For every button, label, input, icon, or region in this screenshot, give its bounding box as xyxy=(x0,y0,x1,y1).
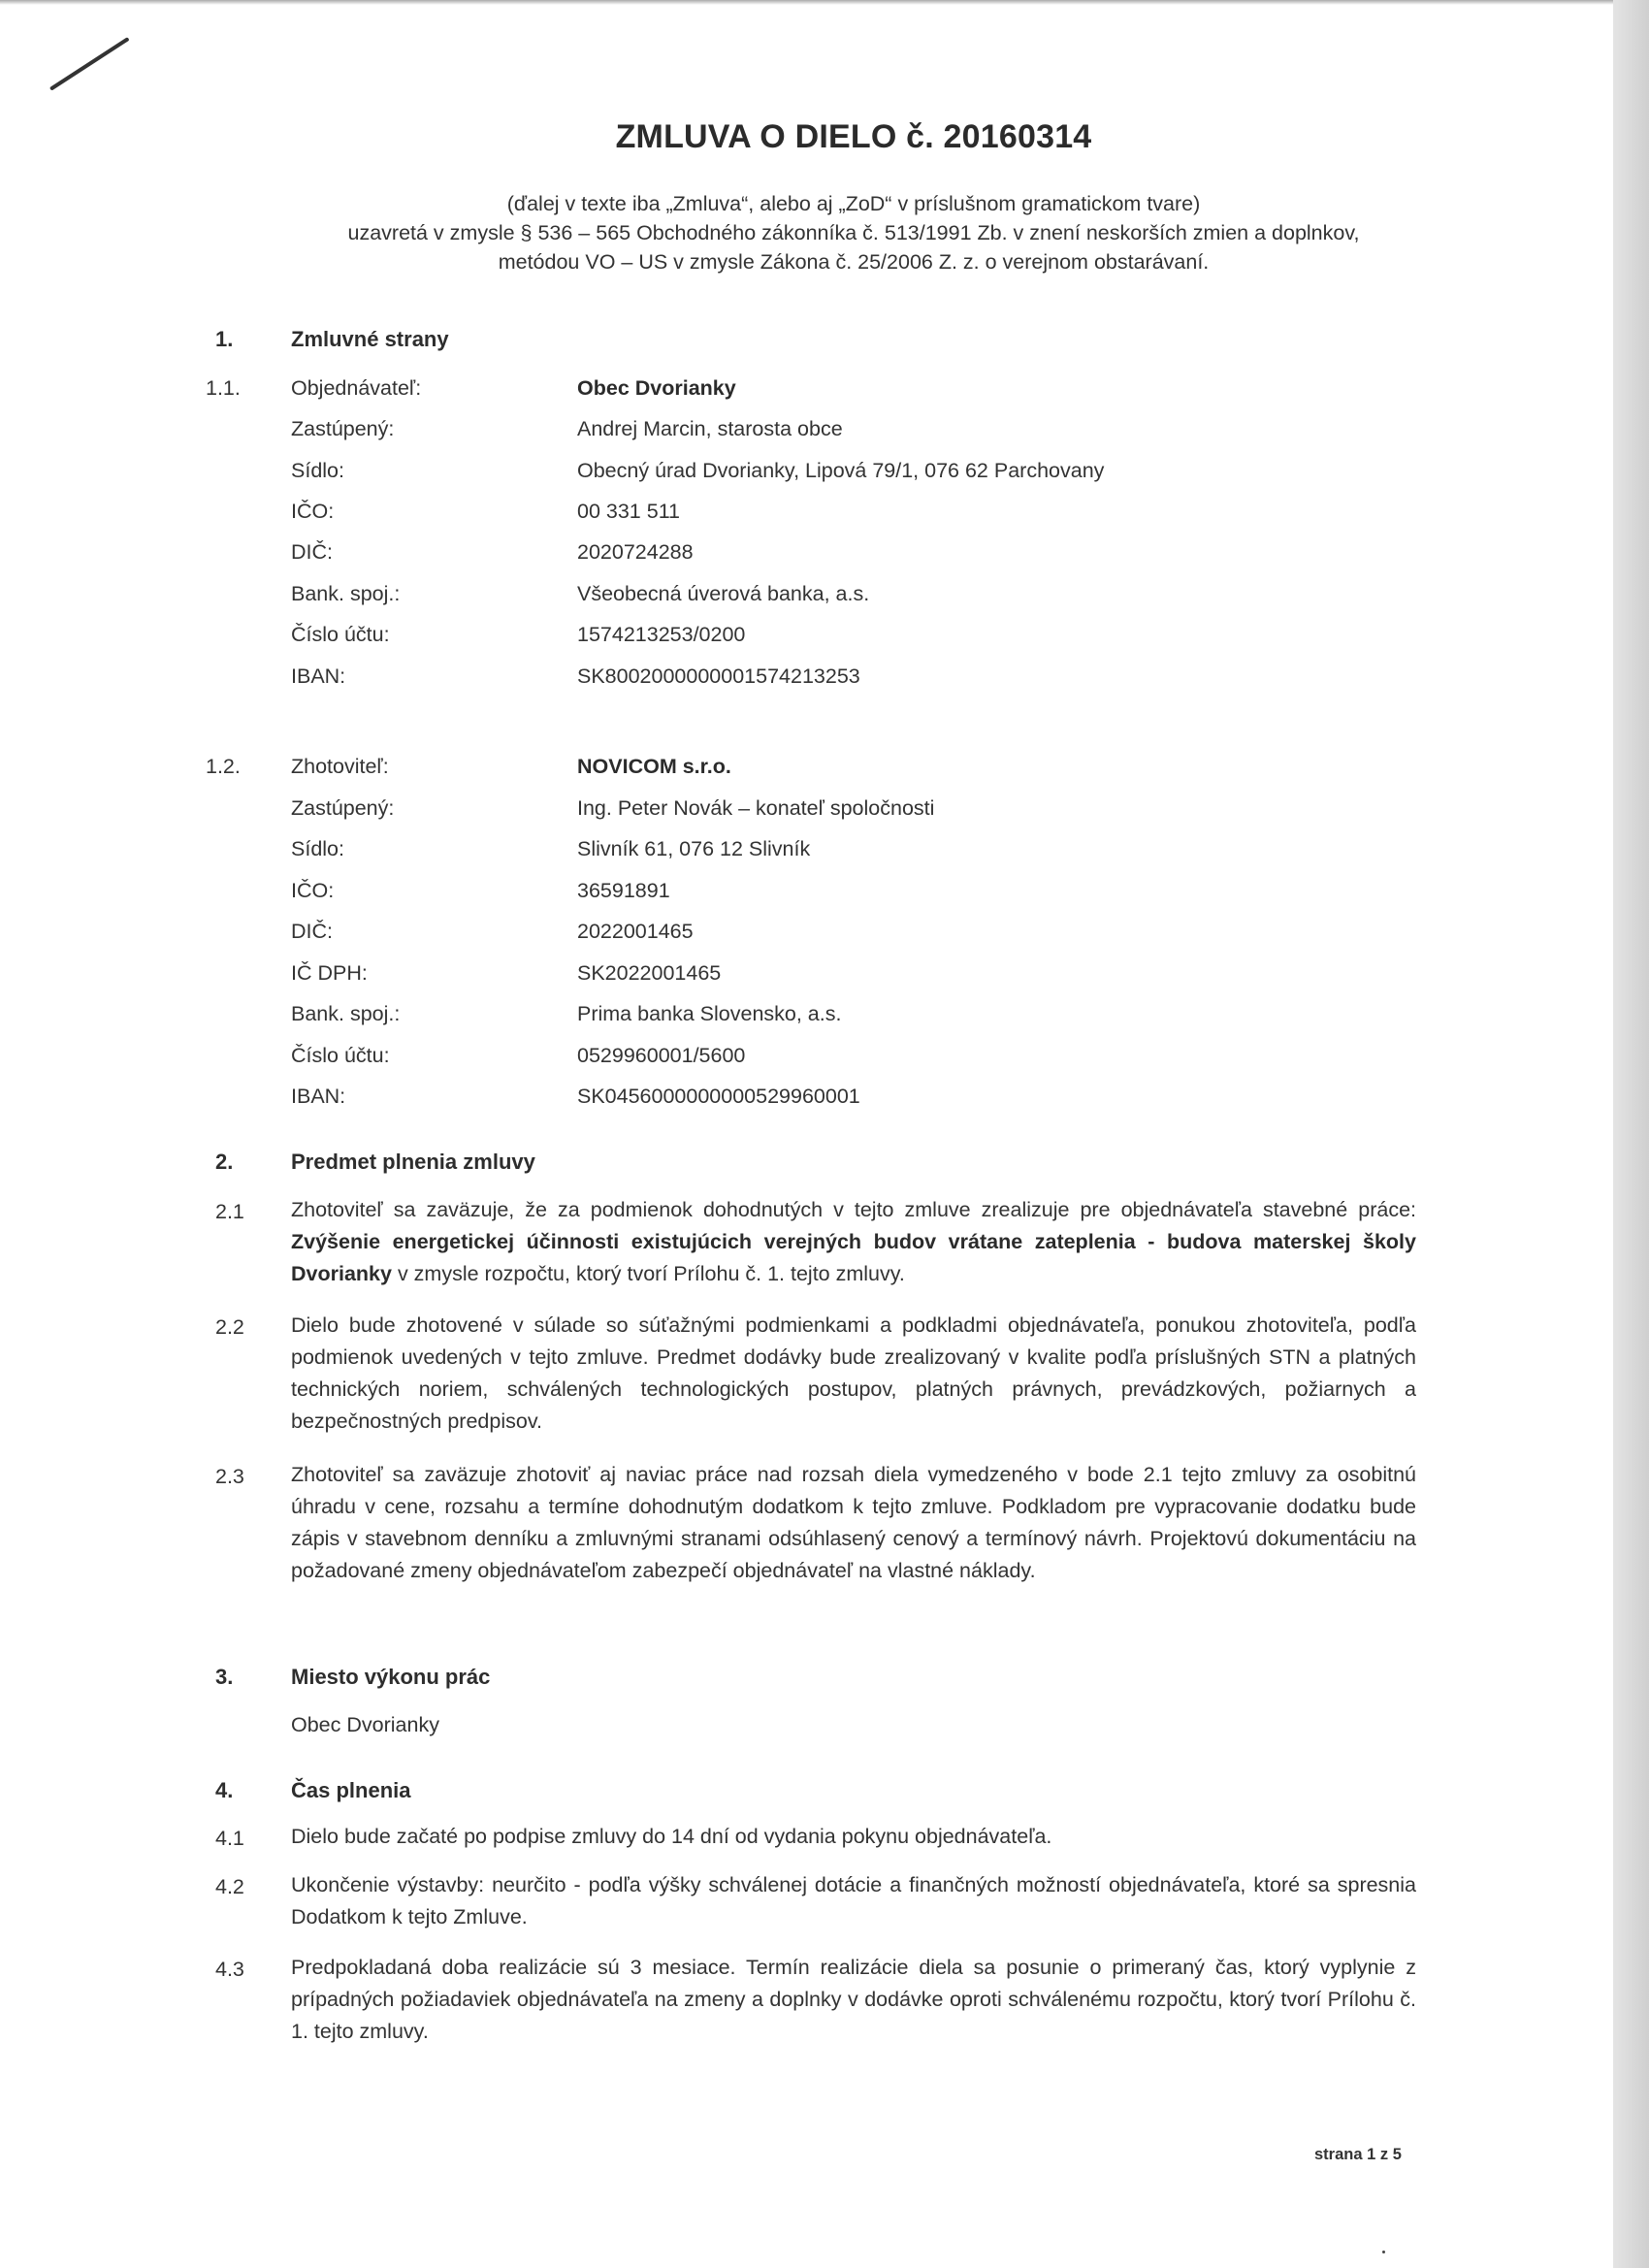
pen-mark xyxy=(49,37,130,91)
orderer-label-4: DIČ: xyxy=(291,540,333,565)
clause-2-3-number: 2.3 xyxy=(215,1465,244,1489)
contractor-name: NOVICOM s.r.o. xyxy=(577,755,731,779)
orderer-bank: Všeobecná úverová banka, a.s. xyxy=(577,582,869,606)
orderer-label-1: Zastúpený: xyxy=(291,417,394,441)
scan-speck xyxy=(1382,2251,1385,2253)
clause-4-3-text: Predpokladaná doba realizácie sú 3 mesia… xyxy=(291,1952,1416,2048)
contractor-ic-dph: SK2022001465 xyxy=(577,961,721,986)
clause-2-1-outro: v zmysle rozpočtu, ktorý tvorí Prílohu č… xyxy=(392,1262,905,1285)
orderer-iban: SK8002000000001574213253 xyxy=(577,664,860,689)
section-1-number: 1. xyxy=(215,327,233,352)
contractor-label-4: DIČ: xyxy=(291,920,333,944)
orderer-ico: 00 331 511 xyxy=(577,500,680,524)
contractor-label-7: Číslo účtu: xyxy=(291,1044,390,1068)
clause-4-3-number: 4.3 xyxy=(215,1958,244,1982)
contractor-account: 0529960001/5600 xyxy=(577,1044,745,1068)
section-4-number: 4. xyxy=(215,1778,233,1803)
clause-2-1-intro: Zhotoviteľ sa zaväzuje, že za podmienok … xyxy=(291,1198,1416,1221)
orderer-label-5: Bank. spoj.: xyxy=(291,582,400,606)
contractor-number: 1.2. xyxy=(206,755,241,779)
section-2-number: 2. xyxy=(215,1150,233,1175)
orderer-label-0: Objednávateľ: xyxy=(291,376,421,401)
contractor-dic: 2022001465 xyxy=(577,920,694,944)
contractor-label-6: Bank. spoj.: xyxy=(291,1002,400,1026)
contractor-label-1: Zastúpený: xyxy=(291,796,394,821)
contractor-label-8: IBAN: xyxy=(291,1085,345,1109)
orderer-number: 1.1. xyxy=(206,376,241,401)
clause-4-2-number: 4.2 xyxy=(215,1875,244,1899)
clause-4-1-number: 4.1 xyxy=(215,1827,244,1851)
contractor-label-0: Zhotoviteľ: xyxy=(291,755,389,779)
section-3-number: 3. xyxy=(215,1665,233,1690)
scan-edge-right xyxy=(1613,0,1649,2268)
page-number: strana 1 z 5 xyxy=(1314,2146,1402,2164)
subtitle-line-1: (ďalej v texte iba „Zmluva“, alebo aj „Z… xyxy=(0,192,1649,216)
clause-2-1-number: 2.1 xyxy=(215,1200,244,1224)
orderer-account: 1574213253/0200 xyxy=(577,623,745,647)
contractor-label-5: IČ DPH: xyxy=(291,961,368,986)
section-1-heading: Zmluvné strany xyxy=(291,327,449,352)
contractor-label-3: IČO: xyxy=(291,879,334,903)
contractor-ico: 36591891 xyxy=(577,879,670,903)
section-3-heading: Miesto výkonu prác xyxy=(291,1665,490,1690)
clause-2-2-number: 2.2 xyxy=(215,1315,244,1340)
clause-2-1-text: Zhotoviteľ sa zaväzuje, že za podmienok … xyxy=(291,1194,1416,1290)
work-location: Obec Dvorianky xyxy=(291,1713,439,1737)
orderer-label-6: Číslo účtu: xyxy=(291,623,390,647)
clause-4-1-text: Dielo bude začaté po podpise zmluvy do 1… xyxy=(291,1821,1416,1853)
orderer-representative: Andrej Marcin, starosta obce xyxy=(577,417,843,441)
orderer-label-2: Sídlo: xyxy=(291,459,344,483)
clause-2-3-text: Zhotoviteľ sa zaväzuje zhotoviť aj navia… xyxy=(291,1459,1416,1587)
orderer-label-7: IBAN: xyxy=(291,664,345,689)
orderer-label-3: IČO: xyxy=(291,500,334,524)
section-2-heading: Predmet plnenia zmluvy xyxy=(291,1150,535,1175)
orderer-address: Obecný úrad Dvorianky, Lipová 79/1, 076 … xyxy=(577,459,1104,483)
orderer-dic: 2020724288 xyxy=(577,540,694,565)
scan-edge-top xyxy=(0,0,1649,5)
contractor-address: Slivník 61, 076 12 Slivník xyxy=(577,837,810,861)
clause-2-2-text: Dielo bude zhotovené v súlade so súťažný… xyxy=(291,1310,1416,1438)
subtitle-line-3: metódou VO – US v zmysle Zákona č. 25/20… xyxy=(0,250,1649,275)
contractor-representative: Ing. Peter Novák – konateľ spoločnosti xyxy=(577,796,934,821)
orderer-name: Obec Dvorianky xyxy=(577,376,736,401)
contractor-label-2: Sídlo: xyxy=(291,837,344,861)
document-title: ZMLUVA O DIELO č. 20160314 xyxy=(0,118,1649,156)
contractor-iban: SK0456000000000529960001 xyxy=(577,1085,860,1109)
contractor-bank: Prima banka Slovensko, a.s. xyxy=(577,1002,841,1026)
section-4-heading: Čas plnenia xyxy=(291,1778,410,1803)
clause-4-2-text: Ukončenie výstavby: neurčito - podľa výš… xyxy=(291,1869,1416,1933)
subtitle-line-2: uzavretá v zmysle § 536 – 565 Obchodného… xyxy=(0,221,1649,245)
